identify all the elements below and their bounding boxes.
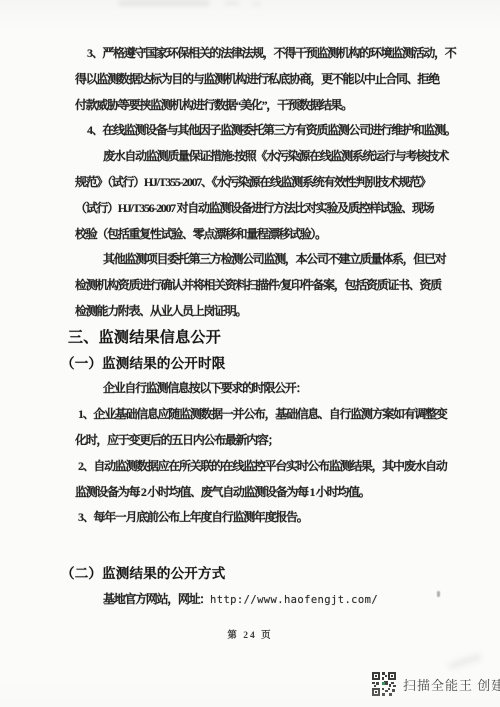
document-body: 3、严格遵守国家环保相关的法律法规，不得干预监测机构的环境监测活动，不 得以监测… <box>75 41 460 613</box>
camscanner-watermark: 扫描全能王 创建 <box>372 672 500 696</box>
paragraph-line: 3、严格遵守国家环保相关的法律法规，不得干预监测机构的环境监测活动，不 <box>87 41 460 67</box>
paragraph-line: 其他监测项目委托第三方检测公司监测，本公司不建立质量体系，但已对 <box>103 247 460 273</box>
paragraph-line: 规范》（试行）HJ/T355-2007、《水污染源在线监测系统有效性判别技术规范… <box>75 170 460 196</box>
paragraph-line: 4、在线监测设备与其他因子监测委托第三方有资质监测公司进行维护和监测。 <box>87 118 460 144</box>
scan-artifact <box>225 1 239 5</box>
watermark-label: 扫描全能王 创建 <box>403 675 500 694</box>
paragraph-line: 企业自行监测信息按以下要求的时限公开： <box>103 376 460 402</box>
scan-artifact <box>118 0 210 6</box>
website-line: 基地官方网站，网址：http://www.haofengjt.com/ <box>103 587 460 613</box>
paragraph-line: 付款威胁等要挟监测机构进行数据“美化”，干预数据结果。 <box>75 93 460 119</box>
paragraph-line: 化时，应于变更后的五日内公布最新内容； <box>75 428 460 454</box>
paragraph-line: （试行）HJ/T356-2007 对自动监测设备进行方法比对实验及质控样试验、现… <box>75 196 460 222</box>
scanned-document-page: 3、严格遵守国家环保相关的法律法规，不得干预监测机构的环境监测活动，不 得以监测… <box>0 0 500 707</box>
paragraph-line: 废水自动监测质量保证措施:按照《水污染源在线监测系统运行与考核技术 <box>103 144 460 170</box>
scan-artifact <box>252 2 261 6</box>
paragraph-line: 3、每年一月底前公布上年度自行监测年度报告。 <box>78 505 460 531</box>
page-number: 第 24 页 <box>0 627 500 641</box>
qr-code-icon <box>372 672 396 696</box>
paragraph-line: 监测设备为每 2 小时均值、废气自动监测设备为每 1 小时均值。 <box>75 480 460 506</box>
scan-artifact <box>448 653 482 670</box>
paragraph-line: 2、自动监测数据应在所关联的在线监控平台实时公布监测结果，其中废水自动 <box>78 454 460 480</box>
section-heading: 三、监测结果信息公开 <box>68 325 460 351</box>
subsection-heading: （一）监测结果的公开时限 <box>61 351 460 377</box>
paragraph-line: 得以监测数据达标为目的与监测机构进行私底协商，更不能以中止合同、拒绝 <box>75 67 460 93</box>
website-label: 基地官方网站，网址： <box>103 592 210 606</box>
paragraph-line: 检测机构资质进行确认并将相关资料扫描件/复印件备案，包括资质证书、资质 <box>75 273 460 299</box>
paragraph-line: 1、企业基础信息应随监测数据一并公布，基础信息、自行监测方案如有调整变 <box>78 402 460 428</box>
paragraph-line: 检测能力附表、从业人员上岗证明。 <box>75 299 460 325</box>
website-url: http://www.haofengjt.com/ <box>210 594 378 606</box>
subsection-heading: （二）监测结果的公开方式 <box>61 561 460 587</box>
paragraph-line: 校验（包括重复性试验、零点漂移和量程漂移试验）。 <box>75 222 460 248</box>
